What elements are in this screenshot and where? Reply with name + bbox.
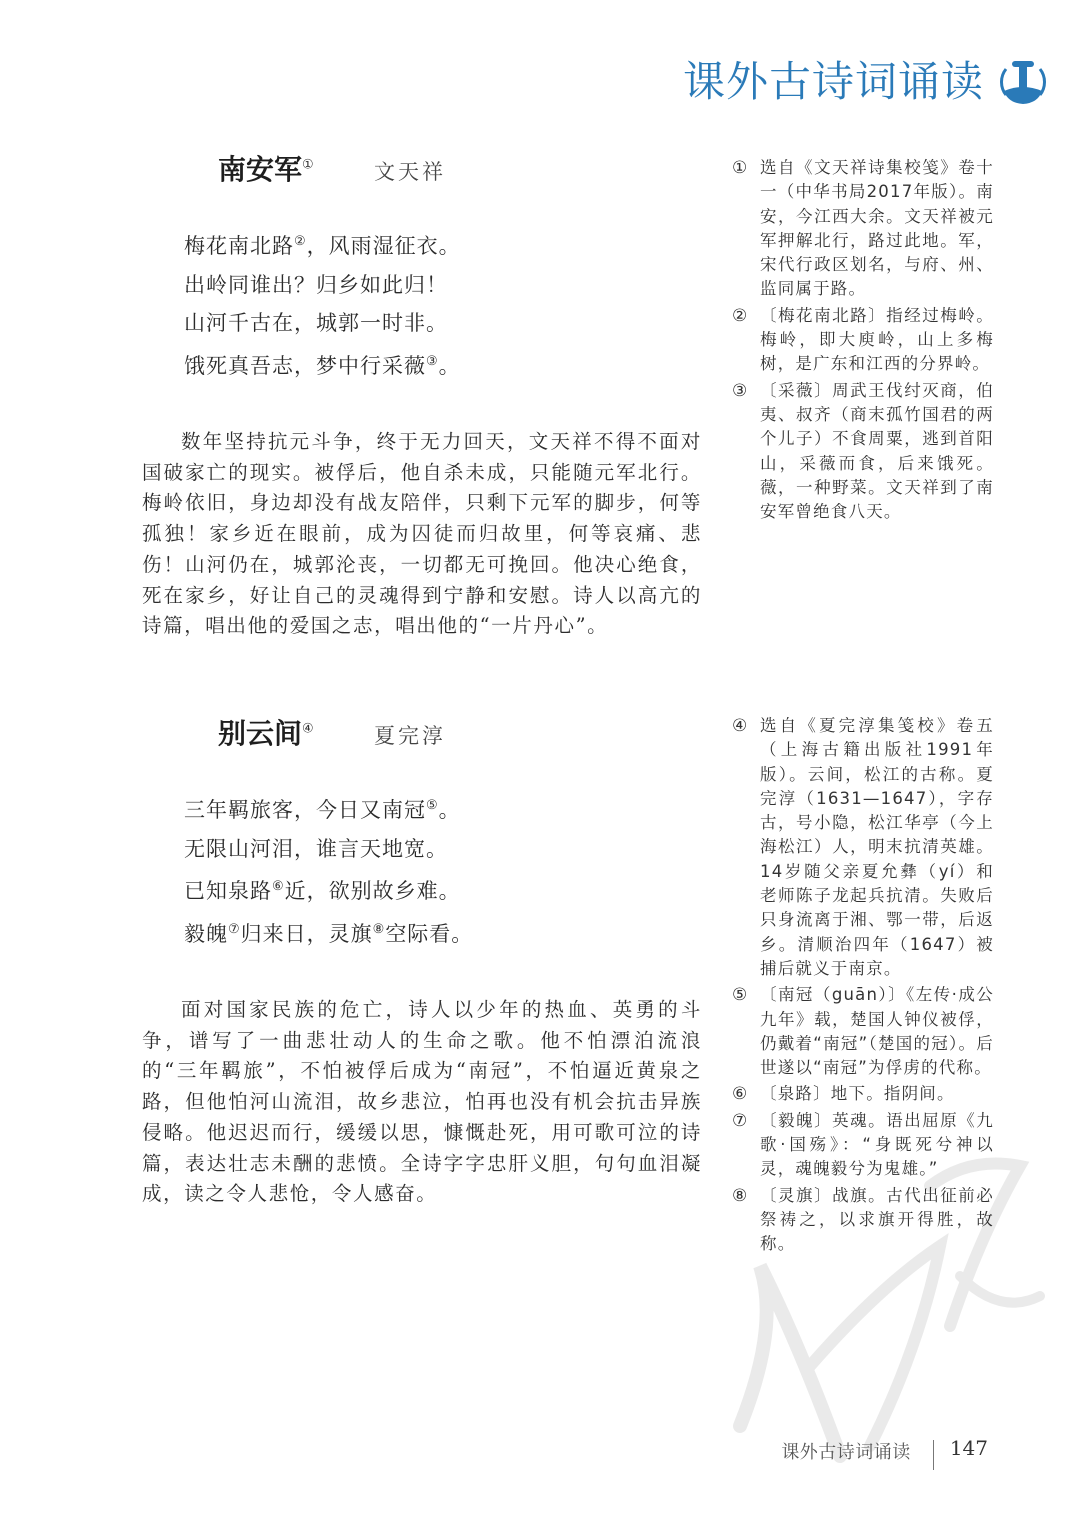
poem-line: 已知泉路⑥近，欲别故乡难。: [184, 868, 702, 911]
poem-author: 夏完淳: [374, 720, 446, 750]
poem-commentary: 数年坚持抗元斗争，终于无力回天，文天祥不得不面对国破家亡的现实。被俘后，他自杀未…: [142, 427, 702, 642]
poem-author: 文天祥: [374, 156, 446, 186]
roman-numeral-one-circle-icon: [998, 57, 1048, 107]
footnote-marker[interactable]: ⑥: [272, 879, 285, 894]
footnote-number: ③: [732, 379, 760, 525]
poem-body: 梅花南北路②，风雨湿征衣。 出岭同谁出？归乡如此归！ 山河千古在，城郭一时非。 …: [142, 223, 702, 385]
footnote-text: 〔采薇〕周武王伐纣灭商，伯夷、叔齐（商末孤竹国君的两个儿子）不食周粟，逃到首阳山…: [760, 379, 994, 525]
page-number: 147: [950, 1436, 988, 1460]
footnote-number: ②: [732, 304, 760, 377]
page-header: 课外古诗词诵读: [683, 52, 1048, 112]
footnote-marker[interactable]: ⑦: [228, 922, 241, 937]
footnote-text: 〔梅花南北路〕指经过梅岭。梅岭，即大庾岭，山上多梅树，是广东和江西的分界岭。: [760, 304, 994, 377]
footnote-text: 〔灵旗〕战旗。古代出征前必祭祷之，以求旗开得胜，故称。: [760, 1184, 994, 1257]
footnote-text: 〔南冠（guān）〕《左传·成公九年》载，楚国人钟仪被俘，仍戴着“南冠”（楚国的…: [760, 983, 994, 1080]
footnote-number: ⑤: [732, 983, 760, 1080]
poem-commentary: 面对国家民族的危亡，诗人以少年的热血、英勇的斗争，谱写了一曲悲壮动人的生命之歌。…: [142, 995, 702, 1210]
footnote-number: ④: [732, 714, 760, 981]
footnotes-group-1: ① 选自《文天祥诗集校笺》卷十一（中华书局2017年版）。南安，今江西大余。文天…: [732, 156, 994, 526]
footnote-marker[interactable]: ③: [426, 354, 439, 369]
poem-line: 出岭同谁出？归乡如此归！: [184, 266, 702, 305]
poem-line: 三年羁旅客，今日又南冠⑤。: [184, 787, 702, 830]
footnote-number: ⑧: [732, 1184, 760, 1257]
footnote-number: ①: [732, 156, 760, 302]
footnote-marker[interactable]: ⑧: [373, 922, 386, 937]
footnote-marker[interactable]: ④: [302, 722, 314, 737]
poem-line: 梅花南北路②，风雨湿征衣。: [184, 223, 702, 266]
poem-section-2: 别云间④ 夏完淳 三年羁旅客，今日又南冠⑤。 无限山河泪，谁言天地宽。 已知泉路…: [142, 712, 702, 1229]
poem-line: 山河千古在，城郭一时非。: [184, 304, 702, 343]
poem-body: 三年羁旅客，今日又南冠⑤。 无限山河泪，谁言天地宽。 已知泉路⑥近，欲别故乡难。…: [142, 787, 702, 953]
poem-line: 饿死真吾志，梦中行采薇③。: [184, 343, 702, 386]
footnote-text: 选自《夏完淳集笺校》卷五（上海古籍出版社1991年版）。云间，松江的古称。夏完淳…: [760, 714, 994, 981]
footnote: ⑥ 〔泉路〕地下。指阴间。: [732, 1082, 994, 1106]
section-title: 课外古诗词诵读: [683, 52, 984, 112]
footnote: ⑤ 〔南冠（guān）〕《左传·成公九年》载，楚国人钟仪被俘，仍戴着“南冠”（楚…: [732, 983, 994, 1080]
footnote: ④ 选自《夏完淳集笺校》卷五（上海古籍出版社1991年版）。云间，松江的古称。夏…: [732, 714, 994, 981]
poem-line: 毅魄⑦归来日，灵旗⑧空际看。: [184, 911, 702, 954]
footer-divider: [933, 1440, 934, 1470]
footnote-number: ⑦: [732, 1109, 760, 1182]
footnote: ③ 〔采薇〕周武王伐纣灭商，伯夷、叔齐（商末孤竹国君的两个儿子）不食周粟，逃到首…: [732, 379, 994, 525]
footnote-marker[interactable]: ①: [302, 158, 314, 173]
poem-title: 别云间④: [218, 712, 314, 752]
poem-title: 南安军①: [218, 148, 314, 188]
footnote-text: 〔泉路〕地下。指阴间。: [760, 1082, 994, 1106]
footnote: ⑧ 〔灵旗〕战旗。古代出征前必祭祷之，以求旗开得胜，故称。: [732, 1184, 994, 1257]
footnote: ⑦ 〔毅魄〕英魂。语出屈原《九歌·国殇》：“身既死兮神以灵，魂魄毅兮为鬼雄。”: [732, 1109, 994, 1182]
page-footer: 课外古诗词诵读 147: [781, 1432, 988, 1470]
footnote-text: 〔毅魄〕英魂。语出屈原《九歌·国殇》：“身既死兮神以灵，魂魄毅兮为鬼雄。”: [760, 1109, 994, 1182]
footer-section-label: 课外古诗词诵读: [781, 1438, 911, 1464]
poem-section-1: 南安军① 文天祥 梅花南北路②，风雨湿征衣。 出岭同谁出？归乡如此归！ 山河千古…: [142, 148, 702, 661]
footnote: ② 〔梅花南北路〕指经过梅岭。梅岭，即大庾岭，山上多梅树，是广东和江西的分界岭。: [732, 304, 994, 377]
footnotes-group-2: ④ 选自《夏完淳集笺校》卷五（上海古籍出版社1991年版）。云间，松江的古称。夏…: [732, 714, 994, 1259]
poem-line: 无限山河泪，谁言天地宽。: [184, 830, 702, 869]
footnote: ① 选自《文天祥诗集校笺》卷十一（中华书局2017年版）。南安，今江西大余。文天…: [732, 156, 994, 302]
footnote-marker[interactable]: ②: [294, 234, 307, 249]
footnote-text: 选自《文天祥诗集校笺》卷十一（中华书局2017年版）。南安，今江西大余。文天祥被…: [760, 156, 994, 302]
footnote-number: ⑥: [732, 1082, 760, 1106]
footnote-marker[interactable]: ⑤: [426, 798, 439, 813]
